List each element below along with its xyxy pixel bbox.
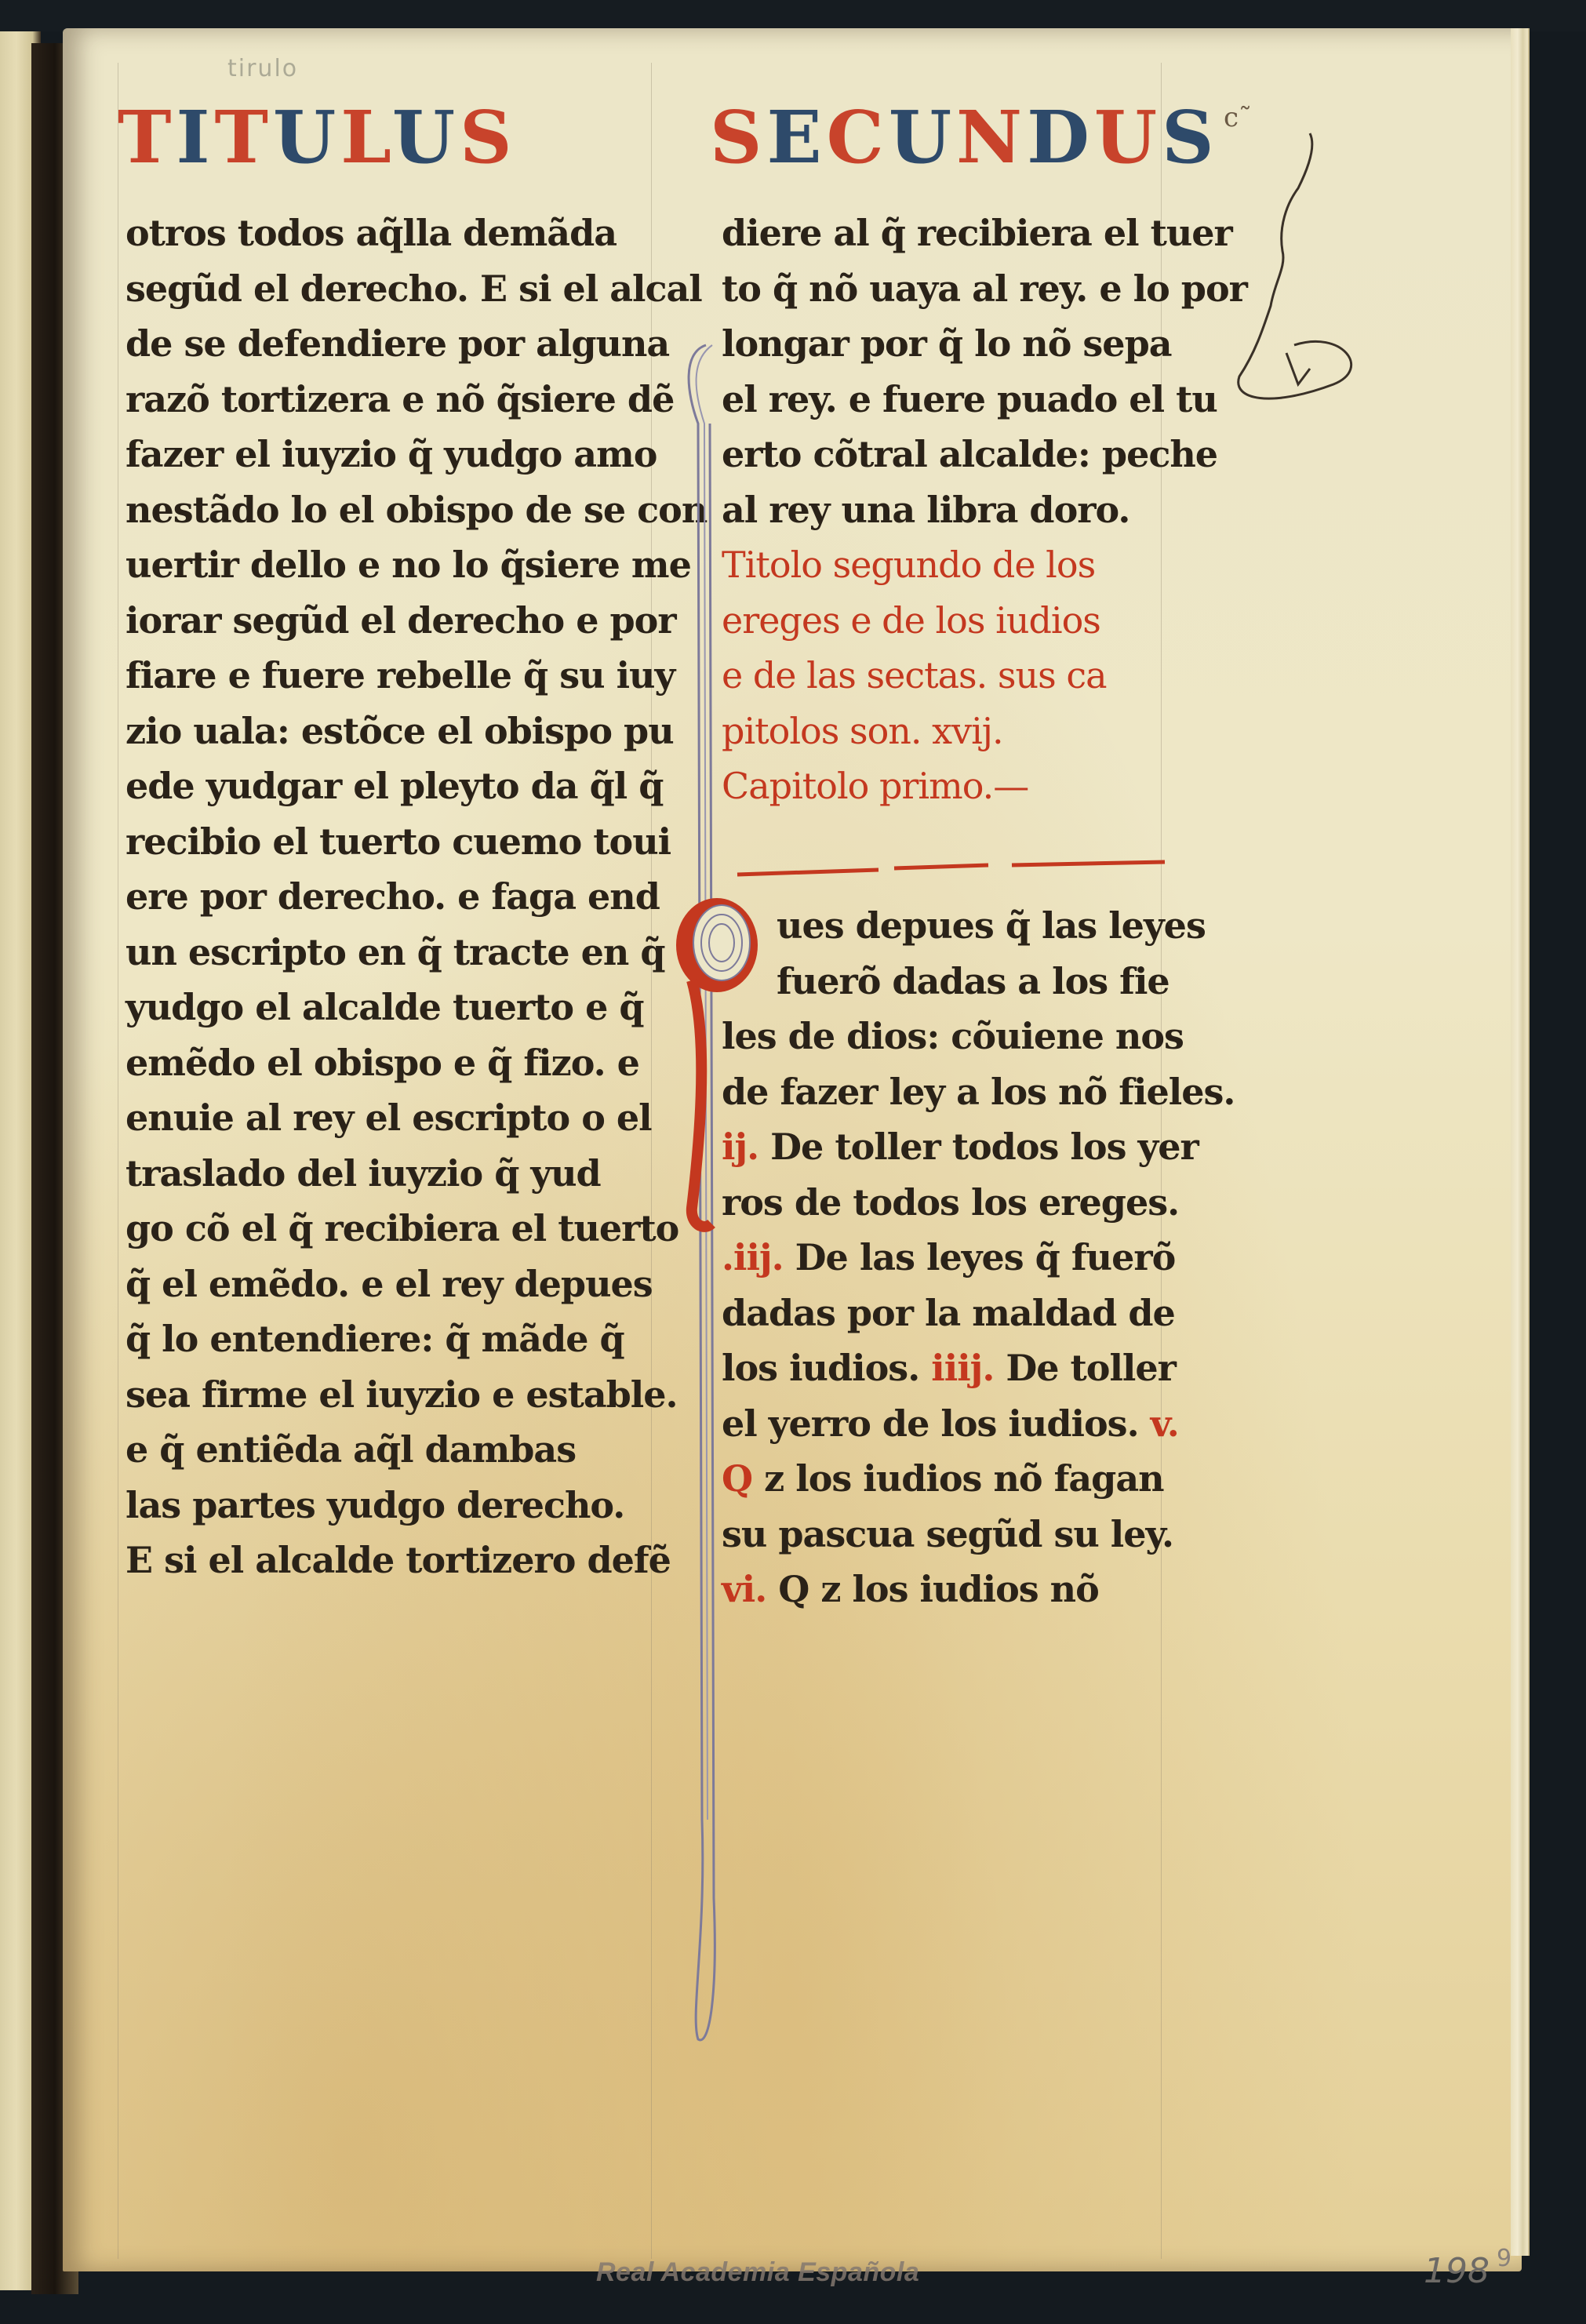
text-line: fazer el iuyzio q̃ yudgo amo [125,427,659,482]
text-line: enuie al rey el escripto o el [125,1090,659,1146]
text-line: uertir dello e no lo q̃siere me [125,537,659,593]
text-line: emẽdo el obispo e q̃ fizo. e [125,1035,659,1091]
chapter-number: iiij. [931,1347,994,1389]
rubric-line: Titolo segundo de los [722,537,1208,593]
background-top [0,0,1586,31]
chapter-initial: Q [722,1457,752,1500]
heading-titulus: TITULUS [118,94,517,180]
chapter-prefix: los iudios. [722,1347,919,1389]
text-line: fiare e fuere rebelle q̃ su iuy [125,648,659,704]
text-line: les de dios: cõuiene nos [722,1009,1216,1064]
chapter-item-4: los iudios. iiij. De toller [722,1340,1208,1396]
text-line: recibio el tuerto cuemo toui [125,814,659,870]
chapter-item-6: vi. Q z los iudios nõ [722,1562,1208,1617]
text-line: ere por derecho. e faga end [125,869,659,925]
text-line: su pascua segũd su ley. [722,1507,1208,1562]
text-line: fuerõ dadas a los fie [777,954,1216,1009]
text-line: de se defendiere por alguna [125,316,659,372]
chapter-text: ues depues q̃ las leyes fuerõ dadas a lo… [777,898,1216,1119]
right-text-column-top: diere al q̃ recibiera el tuer to q̃ nõ u… [722,205,1208,537]
chapter-item-2: ij. De toller todos los yer [722,1119,1208,1175]
chapter-title: z los iudios nõ fagan [764,1457,1164,1500]
heading-secundus: SECUNDUS [710,94,1219,180]
text-line: el rey. e fuere puado el tu [722,372,1208,427]
folio-suffix: 9 [1497,2245,1511,2272]
text-line: dadas por la maldad de [722,1286,1208,1341]
text-line: diere al q̃ recibiera el tuer [722,205,1208,261]
text-line: ede yudgar el pleyto da q̃l q̃ [125,758,659,814]
chapter-prefix: el yerro de los iudios. [722,1402,1139,1445]
rubric-line: e de las sectas. sus ca [722,648,1208,704]
ruling-line [118,63,118,2259]
chapter-title: De las leyes q̃ fuerõ [795,1236,1176,1278]
text-line: segũd el derecho. E si el alcal [125,261,659,317]
chapter-number: v. [1151,1402,1179,1445]
margin-signature-flourish [1224,118,1380,416]
pencil-note: tirulo [227,55,298,82]
text-line: ues depues q̃ las leyes [777,898,1216,954]
text-line: al rey una libra doro. [722,482,1208,538]
text-line: yudgo el alcalde tuerto e q̃ [125,980,659,1035]
page-edges [1511,28,1530,2256]
left-text-column: otros todos aq̃lla demãda segũd el derec… [125,205,659,1588]
rubric-line: Capitolo primo.— [722,758,1208,814]
text-line: longar por q̃ lo nõ sepa [722,316,1208,372]
chapter-item-3: .iij. De las leyes q̃ fuerõ [722,1230,1208,1286]
chapter-item-5-title: Q z los iudios nõ fagan [722,1451,1208,1507]
text-line: otros todos aq̃lla demãda [125,205,659,261]
text-line: zio uala: estõce el obispo pu [125,704,659,759]
text-line: erto cõtral alcalde: peche [722,427,1208,482]
text-line: las partes yudgo derecho. [125,1478,659,1533]
text-line: ros de todos los ereges. [722,1175,1208,1231]
rubric-title: Titolo segundo de los ereges e de los iu… [722,537,1208,814]
text-line: razõ tortizera e nõ q̃siere dẽ [125,372,659,427]
chapter-title: De toller [1006,1347,1176,1389]
folio-number: 198 [1424,2251,1490,2291]
text-line: iorar segũd el derecho e por [125,593,659,649]
text-line: nestãdo lo el obispo de se con [125,482,659,538]
chapter-item-5: el yerro de los iudios. v. [722,1396,1208,1452]
chapter-title: De toller todos los yer [770,1126,1199,1168]
text-line: traslado del iuyzio q̃ yud [125,1146,659,1202]
text-line: sea firme el iuyzio e estable. [125,1367,659,1423]
text-line: to q̃ nõ uaya al rey. e lo por [722,261,1208,317]
text-line: go cõ el q̃ recibiera el tuerto [125,1201,659,1257]
text-line: q̃ lo entendiere: q̃ mãde q̃ [125,1311,659,1367]
chapter-number: vi. [722,1568,766,1610]
chapter-list: ij. De toller todos los yer ros de todos… [722,1119,1208,1617]
chapter-number: ij. [722,1126,758,1168]
chapter-number: .iij. [722,1236,784,1278]
rubric-line: pitolos son. xvij. [722,704,1208,759]
rubric-line: ereges e de los iudios [722,593,1208,649]
text-line: q̃ el emẽdo. e el rey depues [125,1257,659,1312]
chapter-title: Q z los iudios nõ [778,1568,1099,1610]
text-line: un escripto en q̃ tracte en q̃ [125,925,659,980]
text-line: E si el alcalde tortizero defẽ [125,1533,659,1588]
red-rule [729,859,1169,882]
text-line: de fazer ley a los nõ fieles. [722,1064,1216,1120]
watermark-real-academia: Real Academia Española [596,2257,919,2288]
text-line: e q̃ entiẽda aq̃l dambas [125,1422,659,1478]
